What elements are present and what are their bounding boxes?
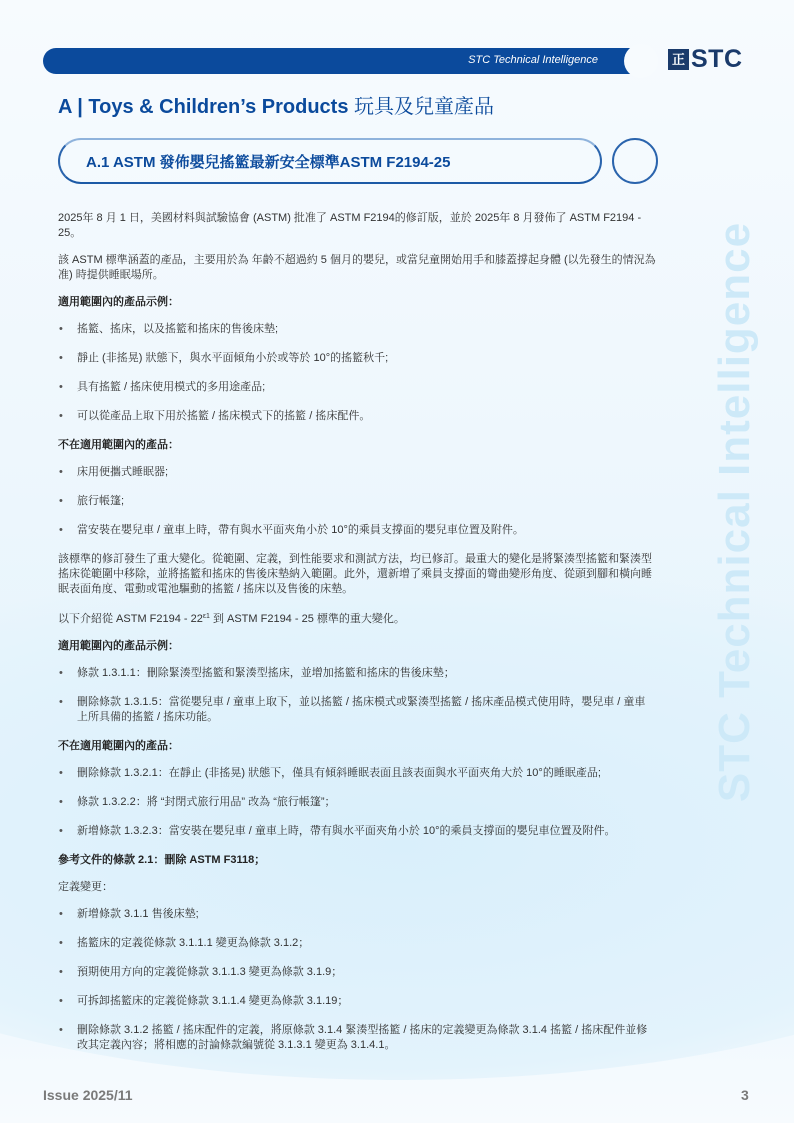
changes-out-scope-list: 刪除條款 1.3.2.1：在靜止 (非搖晃) 狀態下，僅具有傾斜睡眠表面且該表面… bbox=[58, 766, 656, 839]
article-heading-box: A.1 ASTM 發佈嬰兒搖籃最新安全標準ASTM F2194-25 bbox=[58, 138, 602, 184]
list-item: 刪除條款 1.3.1.5：當從嬰兒車 / 童車上取下，並以搖籃 / 搖床模式或緊… bbox=[58, 695, 656, 725]
list-item: 新增條款 3.1.1 售後床墊; bbox=[58, 907, 656, 922]
page-number: 3 bbox=[741, 1087, 749, 1103]
changes-in-scope-list: 條款 1.3.1.1：刪除緊湊型搖籃和緊湊型搖床，並增加搖籃和搖床的售後床墊； … bbox=[58, 666, 656, 725]
header-notch-decoration bbox=[624, 44, 658, 78]
list-item: 條款 1.3.1.1：刪除緊湊型搖籃和緊湊型搖床，並增加搖籃和搖床的售後床墊； bbox=[58, 666, 656, 681]
changes-intro-text: 以下介紹從 ASTM F2194 - 22 bbox=[58, 613, 203, 625]
section-title-en: A | Toys & Children’s Products bbox=[58, 96, 348, 118]
definitions-heading: 定義變更： bbox=[58, 880, 656, 895]
list-item: 床用便攜式睡眠器; bbox=[58, 465, 656, 480]
list-item: 刪除條款 3.1.2 搖籃 / 搖床配件的定義，將原條款 3.1.4 緊湊型搖籃… bbox=[58, 1023, 656, 1053]
article-heading: A.1 ASTM 發佈嬰兒搖籃最新安全標準ASTM F2194-25 bbox=[86, 151, 451, 172]
list-item: 刪除條款 1.3.2.1：在靜止 (非搖晃) 狀態下，僅具有傾斜睡眠表面且該表面… bbox=[58, 766, 656, 781]
out-scope-list: 床用便攜式睡眠器; 旅行帳篷; 當安裝在嬰兒車 / 童車上時，帶有與水平面夾角小… bbox=[58, 465, 656, 538]
logo-mark-icon: 正 bbox=[668, 49, 689, 70]
intro-paragraph-2: 該 ASTM 標準涵蓋的產品，主要用於為 年齡不超過約 5 個月的嬰兒，或當兒童… bbox=[58, 253, 656, 283]
list-item: 搖籃床的定義從條款 3.1.1.1 變更為條款 3.1.2； bbox=[58, 936, 656, 951]
intro-paragraph-1: 2025年 8 月 1 日，美國材料與試驗協會 (ASTM) 批准了 ASTM … bbox=[58, 211, 656, 241]
list-item: 當安裝在嬰兒車 / 童車上時，帶有與水平面夾角小於 10°的乘員支撐面的嬰兒車位… bbox=[58, 523, 656, 538]
article-body: 2025年 8 月 1 日，美國材料與試驗協會 (ASTM) 批准了 ASTM … bbox=[58, 211, 656, 1067]
list-item: 具有搖籃 / 搖床使用模式的多用途產品; bbox=[58, 380, 656, 395]
changes-intro-text-end: 到 ASTM F2194 - 25 標準的重大變化。 bbox=[210, 613, 405, 625]
list-item: 搖籃、搖床，以及搖籃和搖床的售後床墊; bbox=[58, 322, 656, 337]
list-item: 靜止 (非搖晃) 狀態下，與水平面傾角小於或等於 10°的搖籃秋千; bbox=[58, 351, 656, 366]
logo-text: STC bbox=[691, 47, 743, 72]
list-item: 可拆卸搖籃床的定義從條款 3.1.1.4 變更為條款 3.1.19； bbox=[58, 994, 656, 1009]
epsilon-superscript: ε1 bbox=[203, 613, 210, 620]
header-tagline: STC Technical Intelligence bbox=[468, 54, 598, 66]
list-item: 條款 1.3.2.2：將 “封閉式旅行用品” 改為 “旅行帳篷”； bbox=[58, 795, 656, 810]
reference-line: 參考文件的條款 2.1：刪除 ASTM F3118； bbox=[58, 853, 656, 868]
changes-out-scope-heading: 不在適用範圍內的產品： bbox=[58, 739, 656, 754]
stc-logo: 正 STC bbox=[668, 47, 743, 72]
list-item: 旅行帳篷; bbox=[58, 494, 656, 509]
vertical-watermark: STC Technical Intelligence bbox=[710, 222, 760, 802]
revision-paragraph: 該標準的修訂發生了重大變化。從範圍、定義，到性能要求和測試方法，均已修訂。最重大… bbox=[58, 552, 656, 597]
out-scope-heading: 不在適用範圍內的產品： bbox=[58, 438, 656, 453]
changes-in-scope-heading: 適用範圍內的產品示例： bbox=[58, 639, 656, 654]
issue-label: Issue 2025/11 bbox=[43, 1087, 133, 1103]
changes-intro: 以下介紹從 ASTM F2194 - 22ε1 到 ASTM F2194 - 2… bbox=[58, 609, 656, 627]
list-item: 可以從產品上取下用於搖籃 / 搖床模式下的搖籃 / 搖床配件。 bbox=[58, 409, 656, 424]
list-item: 預期使用方向的定義從條款 3.1.1.3 變更為條款 3.1.9； bbox=[58, 965, 656, 980]
section-title: A | Toys & Children’s Products 玩具及兒童產品 bbox=[58, 90, 494, 119]
header-banner: STC Technical Intelligence bbox=[43, 48, 638, 74]
list-item: 新增條款 1.3.2.3：當安裝在嬰兒車 / 童車上時，帶有與水平面夾角小於 1… bbox=[58, 824, 656, 839]
heading-circle-decoration bbox=[612, 138, 658, 184]
in-scope-list: 搖籃、搖床，以及搖籃和搖床的售後床墊; 靜止 (非搖晃) 狀態下，與水平面傾角小… bbox=[58, 322, 656, 424]
definitions-list: 新增條款 3.1.1 售後床墊; 搖籃床的定義從條款 3.1.1.1 變更為條款… bbox=[58, 907, 656, 1053]
section-title-zh: 玩具及兒童產品 bbox=[354, 94, 494, 118]
in-scope-heading: 適用範圍內的產品示例： bbox=[58, 295, 656, 310]
